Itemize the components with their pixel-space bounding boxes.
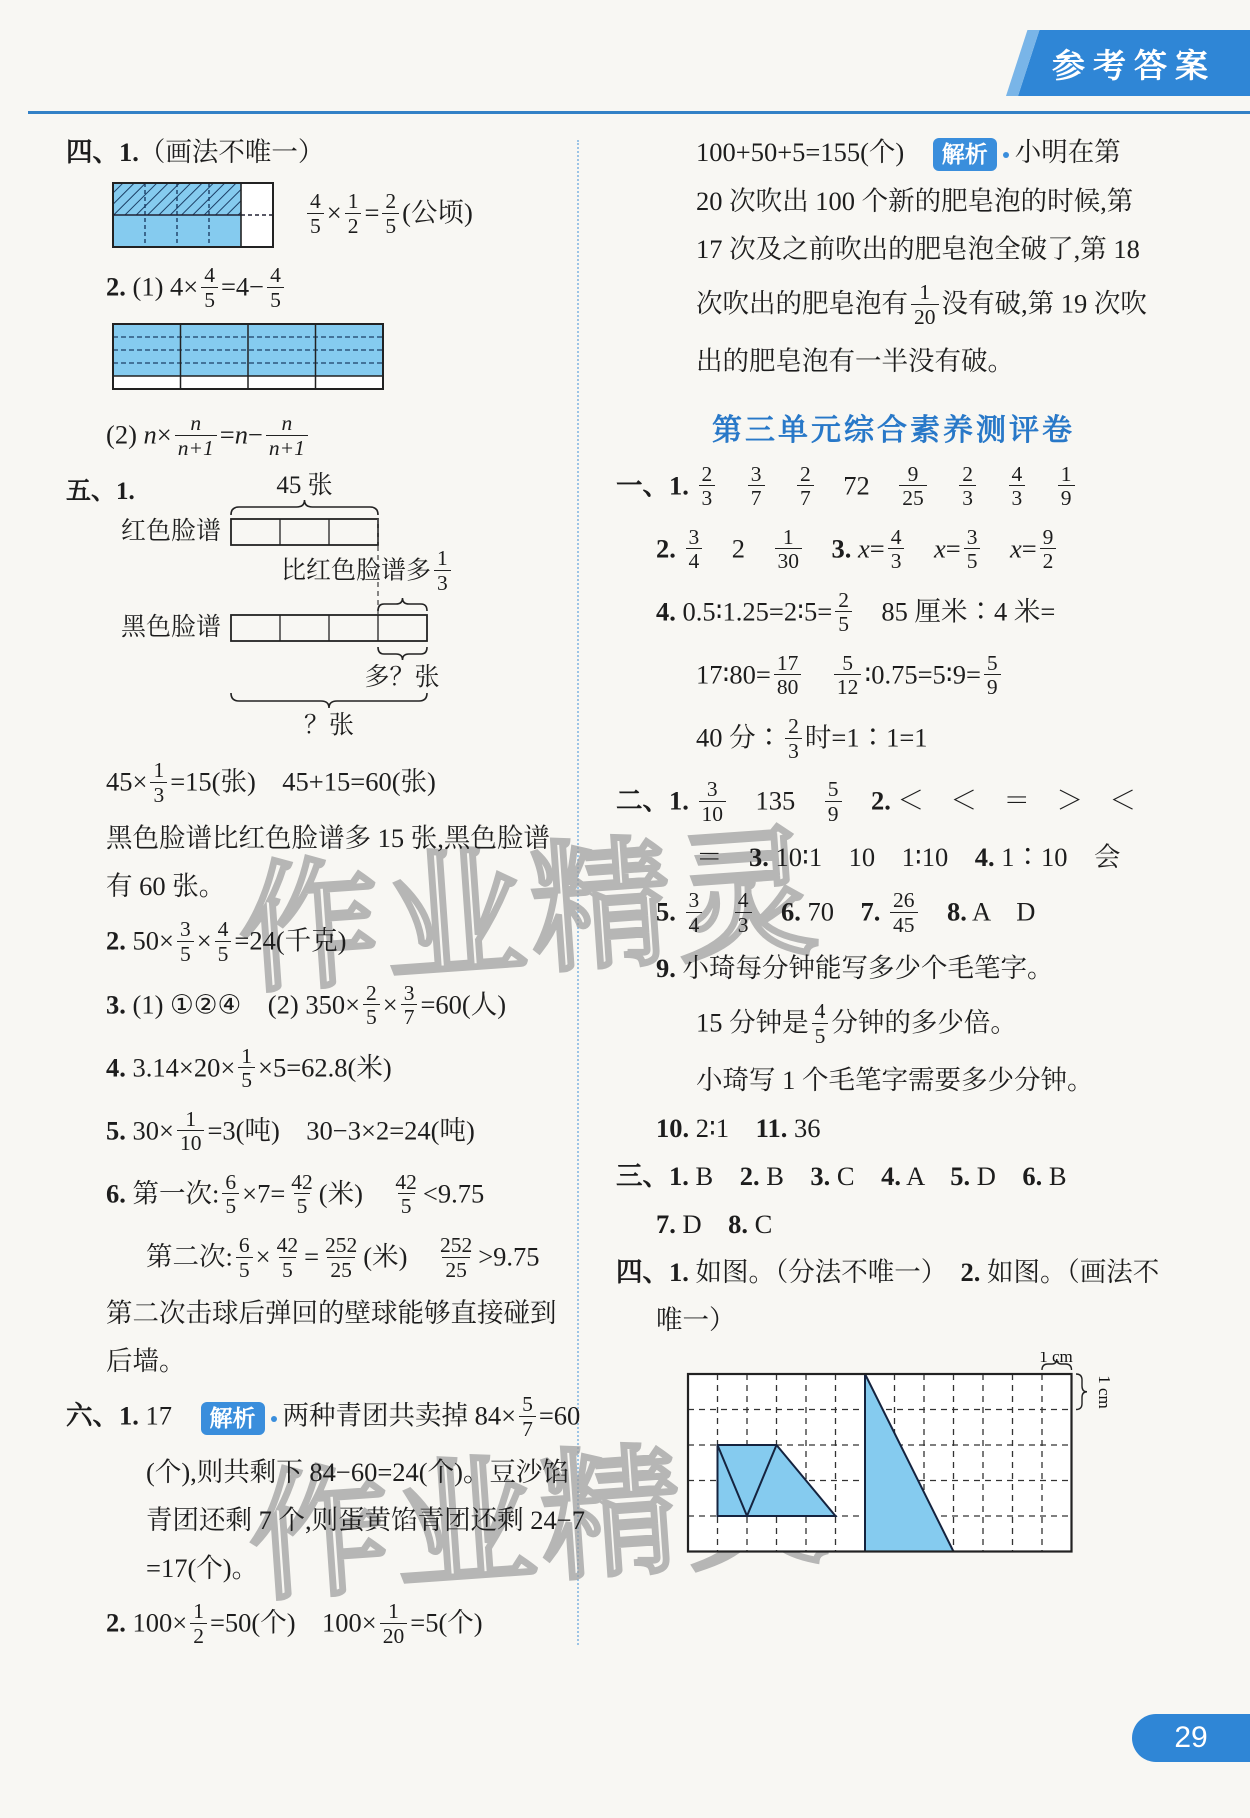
analysis-badge: 解析: [201, 1402, 265, 1435]
fraction-denominator: 7: [748, 485, 765, 510]
fraction-denominator: 2: [345, 213, 362, 238]
answer-text: =5(个): [410, 1608, 482, 1638]
fraction-numerator: 1: [182, 1108, 199, 1131]
left-column: 四、1.（画法不唯一） 45×12=: [66, 122, 566, 1649]
answer-line: 二、1. 310 135 59 2. ＜ ＜ ＝ ＞ ＜: [616, 780, 1171, 827]
answer-text: 第一次:: [126, 1179, 220, 1209]
fraction-numerator: 2: [959, 463, 976, 486]
fraction-denominator: 3: [150, 782, 167, 807]
answer-number: 2.: [656, 533, 676, 563]
answer-line: 10. 2∶1 11. 36: [616, 1110, 1171, 1146]
fraction: 512: [834, 652, 862, 699]
answer-text: =50(个) 100×: [210, 1608, 377, 1638]
fraction-numerator: 2: [382, 190, 399, 213]
fraction-numerator: 17: [774, 652, 802, 675]
answer-text: 100+50+5=155(个): [696, 137, 931, 167]
answer-text: 72: [817, 470, 897, 500]
fraction-numerator: 42: [274, 1234, 302, 1257]
answer-text: ×: [157, 420, 172, 450]
answer-number: 4.: [881, 1161, 901, 1191]
cm-top-label: 1 cm: [1039, 1352, 1073, 1366]
fraction: 120: [380, 1600, 408, 1647]
answer-text: 唯一）: [656, 1305, 736, 1335]
fraction-numerator: 252: [322, 1234, 360, 1257]
fraction-numerator: 2: [835, 589, 852, 612]
fraction-numerator: 3: [686, 889, 703, 912]
fraction-denominator: 5: [215, 941, 232, 966]
answer-text: （画法不唯一）: [139, 137, 325, 167]
fraction-denominator: 20: [911, 304, 939, 329]
answer-number: 11.: [756, 1113, 788, 1143]
answer-line: 4. 0.5∶1.25=2∶5=25 85 厘米∶4 米=: [616, 591, 1171, 638]
top-rule: [28, 111, 1250, 114]
answer-text: [804, 660, 831, 690]
fraction: 425: [392, 1171, 420, 1218]
analysis-badge: 解析: [933, 138, 997, 171]
answer-line: 2. (1) 4×45=4−45: [66, 266, 566, 313]
bar-model-diagram: 五、1. 45 张 红色脸谱 比红色脸谱多13 黑色脸谱 多？张 ？张: [66, 475, 566, 745]
answer-line: 第二次击球后弹回的壁球能够直接碰到: [66, 1295, 566, 1331]
fraction: 27: [797, 463, 814, 510]
fraction-denominator: 12: [834, 674, 862, 699]
section-number: 五、1.: [66, 477, 135, 507]
answer-text: [979, 470, 1006, 500]
answer-number: 8.: [947, 897, 967, 927]
fraction-numerator: 2: [699, 463, 716, 486]
answer-text: 135: [729, 786, 822, 816]
variable: x: [934, 533, 946, 563]
fraction: 12: [190, 1600, 207, 1647]
answer-text: =60: [539, 1401, 580, 1431]
fraction-denominator: 3: [699, 485, 716, 510]
answer-text: [689, 786, 696, 816]
answer-number: 6.: [106, 1179, 126, 1209]
bar-model-svg: [66, 475, 546, 745]
fraction: nn+1: [266, 412, 308, 459]
answer-text: 70: [801, 897, 861, 927]
fraction-denominator: 5: [835, 611, 852, 636]
fraction-numerator: 4: [812, 1000, 829, 1023]
answer-text: [845, 786, 872, 816]
fraction: 25225: [437, 1234, 475, 1281]
answer-text: 0.5∶1.25=2∶5=: [676, 596, 832, 626]
fraction-denominator: 10: [699, 801, 727, 826]
answer-number: 7.: [861, 897, 881, 927]
answer-text: =: [870, 533, 885, 563]
banner-title: 参考答案: [1018, 30, 1250, 96]
fraction-numerator: 1: [780, 526, 797, 549]
answer-line: 一、1. 23 37 27 72 925 23 43 19: [616, 465, 1171, 512]
fraction: 2645: [890, 889, 918, 936]
answer-line: 三、1. B 2. B 3. C 4. A 5. D 6. B: [616, 1158, 1171, 1194]
answer-text: 如图。（分法不唯一）: [689, 1257, 961, 1287]
answer-text: D: [676, 1209, 728, 1239]
fraction: 34: [686, 526, 703, 573]
fraction-denominator: 5: [201, 287, 218, 312]
fraction-denominator: 9: [1058, 485, 1075, 510]
answer-text: =: [946, 533, 961, 563]
answer-line: 出的肥皂泡有一半没有破。: [616, 343, 1171, 379]
fraction-numerator: 1: [345, 190, 362, 213]
fraction-denominator: 3: [959, 485, 976, 510]
answer-line: 小琦写 1 个毛笔字需要多少分钟。: [616, 1062, 1171, 1098]
answer-text: 85 厘米∶4 米=: [855, 596, 1055, 626]
answer-text: [676, 533, 683, 563]
answer-text: (1) ①②④ (2) 350×: [126, 989, 360, 1019]
fraction-denominator: 9: [984, 674, 1001, 699]
fraction: 45: [812, 1000, 829, 1047]
answer-number: 5.: [656, 897, 676, 927]
answer-line: 9. 小琦每分钟能写多少个毛笔字。: [616, 950, 1171, 986]
answer-number: 2.: [106, 1608, 126, 1638]
answer-number: 8.: [728, 1209, 748, 1239]
fraction-numerator: 6: [236, 1234, 253, 1257]
fraction-denominator: 5: [294, 1193, 311, 1218]
fraction-denominator: 5: [398, 1193, 415, 1218]
answer-number: 4.: [656, 596, 676, 626]
answer-line: 5. 34 43 6. 70 7. 2645 8. A D: [616, 891, 1171, 938]
fraction-denominator: 4: [686, 548, 703, 573]
fraction: 13: [434, 547, 451, 594]
fraction: 15: [238, 1045, 255, 1092]
fraction-denominator: 5: [177, 941, 194, 966]
answer-text: [907, 533, 934, 563]
answer-line: 2. 100×12=50(个) 100×120=5(个): [66, 1602, 566, 1649]
fraction: 25: [382, 190, 399, 237]
answer-text: ×: [256, 1242, 271, 1272]
answer-text: 第二次击球后弹回的壁球能够直接碰到: [106, 1298, 557, 1328]
answer-text: 出的肥皂泡有一半没有破。: [696, 346, 1014, 376]
answer-number: 5.: [106, 1115, 126, 1145]
fraction: 25: [363, 982, 380, 1029]
extra-amount-label: 多？张: [352, 663, 452, 693]
answer-text: 青团还剩 7 个,则蛋黄馅青团还剩 24−7: [146, 1505, 585, 1535]
answer-text: 如图。（画法不: [980, 1257, 1159, 1287]
answer-line: 后墙。: [66, 1343, 566, 1379]
fraction-denominator: 25: [442, 1257, 470, 1282]
fraction-denominator: 4: [686, 912, 703, 937]
answer-text: 17: [139, 1401, 199, 1431]
answer-text: ×5=62.8(米): [258, 1052, 392, 1082]
bar-total-top-label: 45 张: [231, 471, 378, 501]
variable: x: [858, 533, 870, 563]
fraction-denominator: 80: [774, 674, 802, 699]
fraction-denominator: 5: [363, 1004, 380, 1029]
fraction-denominator: 5: [812, 1023, 829, 1048]
answer-text: 30×: [126, 1115, 174, 1145]
answer-text: [921, 897, 948, 927]
answer-line: 四、1.（画法不唯一）: [66, 134, 566, 170]
fraction-numerator: 3: [177, 918, 194, 941]
more-than-label: 比红色脸谱多13: [281, 549, 454, 596]
fraction-numerator: 9: [905, 463, 922, 486]
answer-text: 2∶1: [689, 1113, 756, 1143]
fraction: 13: [150, 759, 167, 806]
answer-text: [880, 897, 887, 927]
fraction-denominator: 45: [890, 912, 918, 937]
variable: n: [235, 420, 248, 450]
answer-line: 15 分钟是45分钟的多少倍。: [616, 1002, 1171, 1049]
fraction-numerator: 5: [519, 1393, 536, 1416]
fraction-numerator: 4: [267, 264, 284, 287]
answer-text: ∶0.75=5∶9=: [864, 660, 981, 690]
fraction-numerator: 1: [434, 547, 451, 570]
answer-text: 15 分钟是: [696, 1008, 809, 1038]
fraction-denominator: 3: [735, 912, 752, 937]
fraction-numerator: n: [187, 412, 204, 435]
answer-text: [768, 470, 795, 500]
answer-number: 4.: [975, 842, 995, 872]
answer-text: =15(张) 45+15=60(张): [170, 767, 436, 797]
grid-diagram-svg: 1 cm 1 cm: [686, 1352, 1156, 1560]
fraction: 65: [236, 1234, 253, 1281]
answer-text: 10∶1 10 1∶10: [769, 842, 975, 872]
answer-text: (个),则共剩下 84−60=24(个)。豆沙馅: [146, 1457, 569, 1487]
answer-text: A: [901, 1161, 950, 1191]
answer-text: [676, 897, 683, 927]
right-column: 100+50+5=155(个) 解析小明在第 20 次吹出 100 个新的肥皂泡…: [616, 122, 1171, 1567]
fraction-numerator: 3: [401, 982, 418, 1005]
fraction-numerator: 1: [385, 1600, 402, 1623]
answer-number: 2.: [871, 786, 891, 816]
answer-text: 17 次及之前吹出的肥皂泡全破了,第 18: [696, 234, 1140, 264]
answer-text: 黑色脸谱比红色脸谱多 15 张,黑色脸谱: [106, 823, 550, 853]
fraction-numerator: 9: [1040, 526, 1057, 549]
answer-line: 四、1. 如图。（分法不唯一） 2. 如图。（画法不: [616, 1254, 1171, 1290]
answer-line: 4. 3.14×20×15×5=62.8(米): [66, 1047, 566, 1094]
answer-text: =17(个)。: [146, 1553, 258, 1583]
fraction-numerator: 4: [1009, 463, 1026, 486]
fraction-numerator: 5: [839, 652, 856, 675]
fraction-denominator: 5: [307, 213, 324, 238]
answer-text: D: [970, 1161, 1022, 1191]
answer-line: =17(个)。: [66, 1550, 566, 1586]
fraction-numerator: 42: [288, 1171, 316, 1194]
answer-text: 45×: [106, 767, 147, 797]
answer-line: 17 次及之前吹出的肥皂泡全破了,第 18: [616, 231, 1171, 267]
fraction-numerator: 4: [888, 526, 905, 549]
fraction-denominator: 30: [775, 548, 803, 573]
answer-text: ×: [327, 198, 342, 228]
answer-line: (个),则共剩下 84−60=24(个)。豆沙馅: [66, 1454, 566, 1490]
fraction-denominator: 5: [964, 548, 981, 573]
answer-number: 一、1.: [616, 470, 689, 500]
answer-text: ×7=: [242, 1179, 285, 1209]
answer-text: [930, 470, 957, 500]
answer-number: 3.: [832, 533, 852, 563]
fraction: 45: [201, 264, 218, 311]
fraction: 23: [785, 715, 802, 762]
answer-line: 六、1. 17 解析两种青团共卖掉 84×57=60: [66, 1395, 566, 1442]
fraction-numerator: 2: [785, 715, 802, 738]
answer-number: 2.: [961, 1257, 981, 1287]
badge-dot: [271, 1416, 277, 1422]
answer-number: 6.: [1022, 1161, 1042, 1191]
answer-number: 六、1.: [66, 1401, 139, 1431]
answer-text: (公顷): [402, 198, 473, 228]
fraction-denominator: 5: [279, 1257, 296, 1282]
answer-text: =60(人): [420, 989, 506, 1019]
total-question-label: ？张: [261, 711, 397, 741]
answer-text: ＝: [696, 842, 749, 872]
fraction-denominator: 7: [797, 485, 814, 510]
fraction-denominator: 5: [382, 213, 399, 238]
answer-text: =24(千克): [234, 926, 346, 956]
fraction-numerator: 1: [238, 1045, 255, 1068]
fraction-numerator: 3: [748, 463, 765, 486]
answer-text: <9.75: [423, 1179, 484, 1209]
fraction-numerator: 5: [984, 652, 1001, 675]
answer-number: 2.: [106, 272, 126, 302]
fraction-denominator: 3: [1009, 485, 1026, 510]
fraction-denominator: 9: [825, 801, 842, 826]
fraction-denominator: 10: [177, 1130, 205, 1155]
answer-line: 100+50+5=155(个) 解析小明在第: [616, 134, 1171, 171]
fraction: 130: [775, 526, 803, 573]
answer-text: 有 60 张。: [106, 871, 225, 901]
fraction-grid-diagram: [112, 323, 566, 398]
answer-text: B: [1042, 1161, 1066, 1191]
answer-text: [805, 533, 832, 563]
fraction-numerator: 4: [215, 918, 232, 941]
answer-text: −: [248, 420, 263, 450]
fraction: 45: [215, 918, 232, 965]
fraction: 37: [401, 982, 418, 1029]
answer-text: [718, 470, 745, 500]
fraction-numerator: 1: [150, 759, 167, 782]
answer-line: 6. 第一次:65×7=425(米) 425<9.75: [66, 1173, 566, 1220]
answer-text: 40 分∶: [696, 723, 782, 753]
grid-diagram: 1 cm 1 cm: [686, 1352, 1171, 1567]
fraction: 120: [911, 281, 939, 328]
fraction-numerator: 5: [825, 778, 842, 801]
answer-text: 小琦写 1 个毛笔字需要多少分钟。: [696, 1065, 1094, 1095]
fraction: 43: [735, 889, 752, 936]
fraction: 45: [307, 190, 324, 237]
fraction-numerator: 4: [201, 264, 218, 287]
fraction-numerator: 252: [437, 1234, 475, 1257]
answer-text: 17∶80=: [696, 660, 771, 690]
answer-text: 小明在第: [1015, 137, 1121, 167]
answer-number: 7.: [656, 1209, 676, 1239]
fraction-numerator: 6: [222, 1171, 239, 1194]
black-bar-label: 黑色脸谱: [121, 613, 221, 643]
answer-line: 青团还剩 7 个,则蛋黄馅青团还剩 24−7: [66, 1502, 566, 1538]
fraction-denominator: 3: [434, 570, 451, 595]
answer-line: 有 60 张。: [66, 868, 566, 904]
fraction: 35: [177, 918, 194, 965]
answer-text: >9.75: [478, 1242, 539, 1272]
answer-text: 两种青团共卖掉 84×: [283, 1401, 517, 1431]
fraction: 425: [288, 1171, 316, 1218]
fraction: 35: [964, 526, 981, 573]
answer-text: 3.14×20×: [126, 1052, 235, 1082]
fraction-denominator: 7: [401, 1004, 418, 1029]
answer-text: (1) 4×: [126, 272, 198, 302]
fraction-denominator: 2: [1040, 548, 1057, 573]
fraction-numerator: 4: [735, 889, 752, 912]
answer-text: 第二次:: [146, 1242, 233, 1272]
fraction-rectangle-svg: [112, 182, 274, 250]
answer-text: 后墙。: [106, 1346, 186, 1376]
answer-text: (米): [319, 1179, 390, 1209]
fraction: 59: [984, 652, 1001, 699]
answer-text: [689, 470, 696, 500]
answer-text: 50×: [126, 926, 174, 956]
fraction-denominator: 25: [899, 485, 927, 510]
answer-line: 2. 34 2 130 3. x=43 x=35 x=92: [616, 528, 1171, 575]
answer-line: 17∶80=1780 512∶0.75=5∶9=59: [616, 654, 1171, 701]
fraction: 65: [222, 1171, 239, 1218]
fraction: 37: [748, 463, 765, 510]
fraction: 57: [519, 1393, 536, 1440]
red-bar-label: 红色脸谱: [121, 517, 221, 547]
answer-line: 45×13=15(张) 45+15=60(张): [66, 761, 566, 808]
answer-text: ×: [197, 926, 212, 956]
variable: x: [1010, 533, 1022, 563]
answer-line: 2. 50×35×45=24(千克): [66, 920, 566, 967]
answer-text: =: [220, 420, 235, 450]
answer-text: =3(吨) 30−3×2=24(吨): [207, 1115, 474, 1145]
answer-number: 9.: [656, 953, 676, 983]
fraction-denominator: 5: [238, 1067, 255, 1092]
fraction: 23: [699, 463, 716, 510]
fraction-numerator: 3: [686, 526, 703, 549]
page-number-badge: 29: [1132, 1714, 1250, 1762]
fraction-denominator: 20: [380, 1623, 408, 1648]
section-heading: 第三单元综合素养测评卷: [616, 405, 1171, 449]
answer-line: 黑色脸谱比红色脸谱多 15 张,黑色脸谱: [66, 820, 566, 856]
fraction: 310: [699, 778, 727, 825]
fraction: 19: [1058, 463, 1075, 510]
answer-text: 2: [705, 533, 771, 563]
answer-text: [983, 533, 1010, 563]
fraction: 1780: [774, 652, 802, 699]
fraction-numerator: 4: [307, 190, 324, 213]
answer-page: 参考答案 作业精灵 作业精灵 四、1.（画法不唯一）: [0, 0, 1250, 1818]
answer-text: 次吹出的肥皂泡有: [696, 289, 908, 319]
answer-text: B: [689, 1161, 740, 1191]
diagram-formula: 45×12=25(公顷): [304, 192, 473, 239]
fraction: 25225: [322, 1234, 360, 1281]
cm-right-label: 1 cm: [1095, 1375, 1114, 1409]
answer-text: =: [304, 1242, 319, 1272]
answer-text: =: [1022, 533, 1037, 563]
answer-line: 5. 30×110=3(吨) 30−3×2=24(吨): [66, 1110, 566, 1157]
fraction-denominator: 5: [267, 287, 284, 312]
answer-text: [705, 897, 732, 927]
fraction-denominator: 7: [519, 1416, 536, 1441]
answer-number: 3.: [749, 842, 769, 872]
answer-text: B: [760, 1161, 811, 1191]
answer-text: (2): [106, 420, 144, 450]
answer-text: (米): [363, 1242, 434, 1272]
fraction-denominator: 3: [785, 738, 802, 763]
fraction: nn+1: [175, 412, 217, 459]
answer-text: [1028, 470, 1055, 500]
answer-number: 2.: [106, 926, 126, 956]
answer-text: C: [830, 1161, 881, 1191]
fraction-denominator: 2: [190, 1623, 207, 1648]
answer-number: 四、1.: [616, 1257, 689, 1287]
answer-line: 3. (1) ①②④ (2) 350×25×37=60(人): [66, 984, 566, 1031]
answer-line: 次吹出的肥皂泡有120没有破,第 19 次吹: [616, 283, 1171, 330]
answer-text: 比红色脸谱多: [281, 558, 431, 585]
fraction-rectangle-diagram: 45×12=25(公顷): [112, 182, 566, 250]
fraction: 25: [835, 589, 852, 636]
answer-line: 7. D 8. C: [616, 1206, 1171, 1242]
fraction-numerator: 1: [190, 1600, 207, 1623]
